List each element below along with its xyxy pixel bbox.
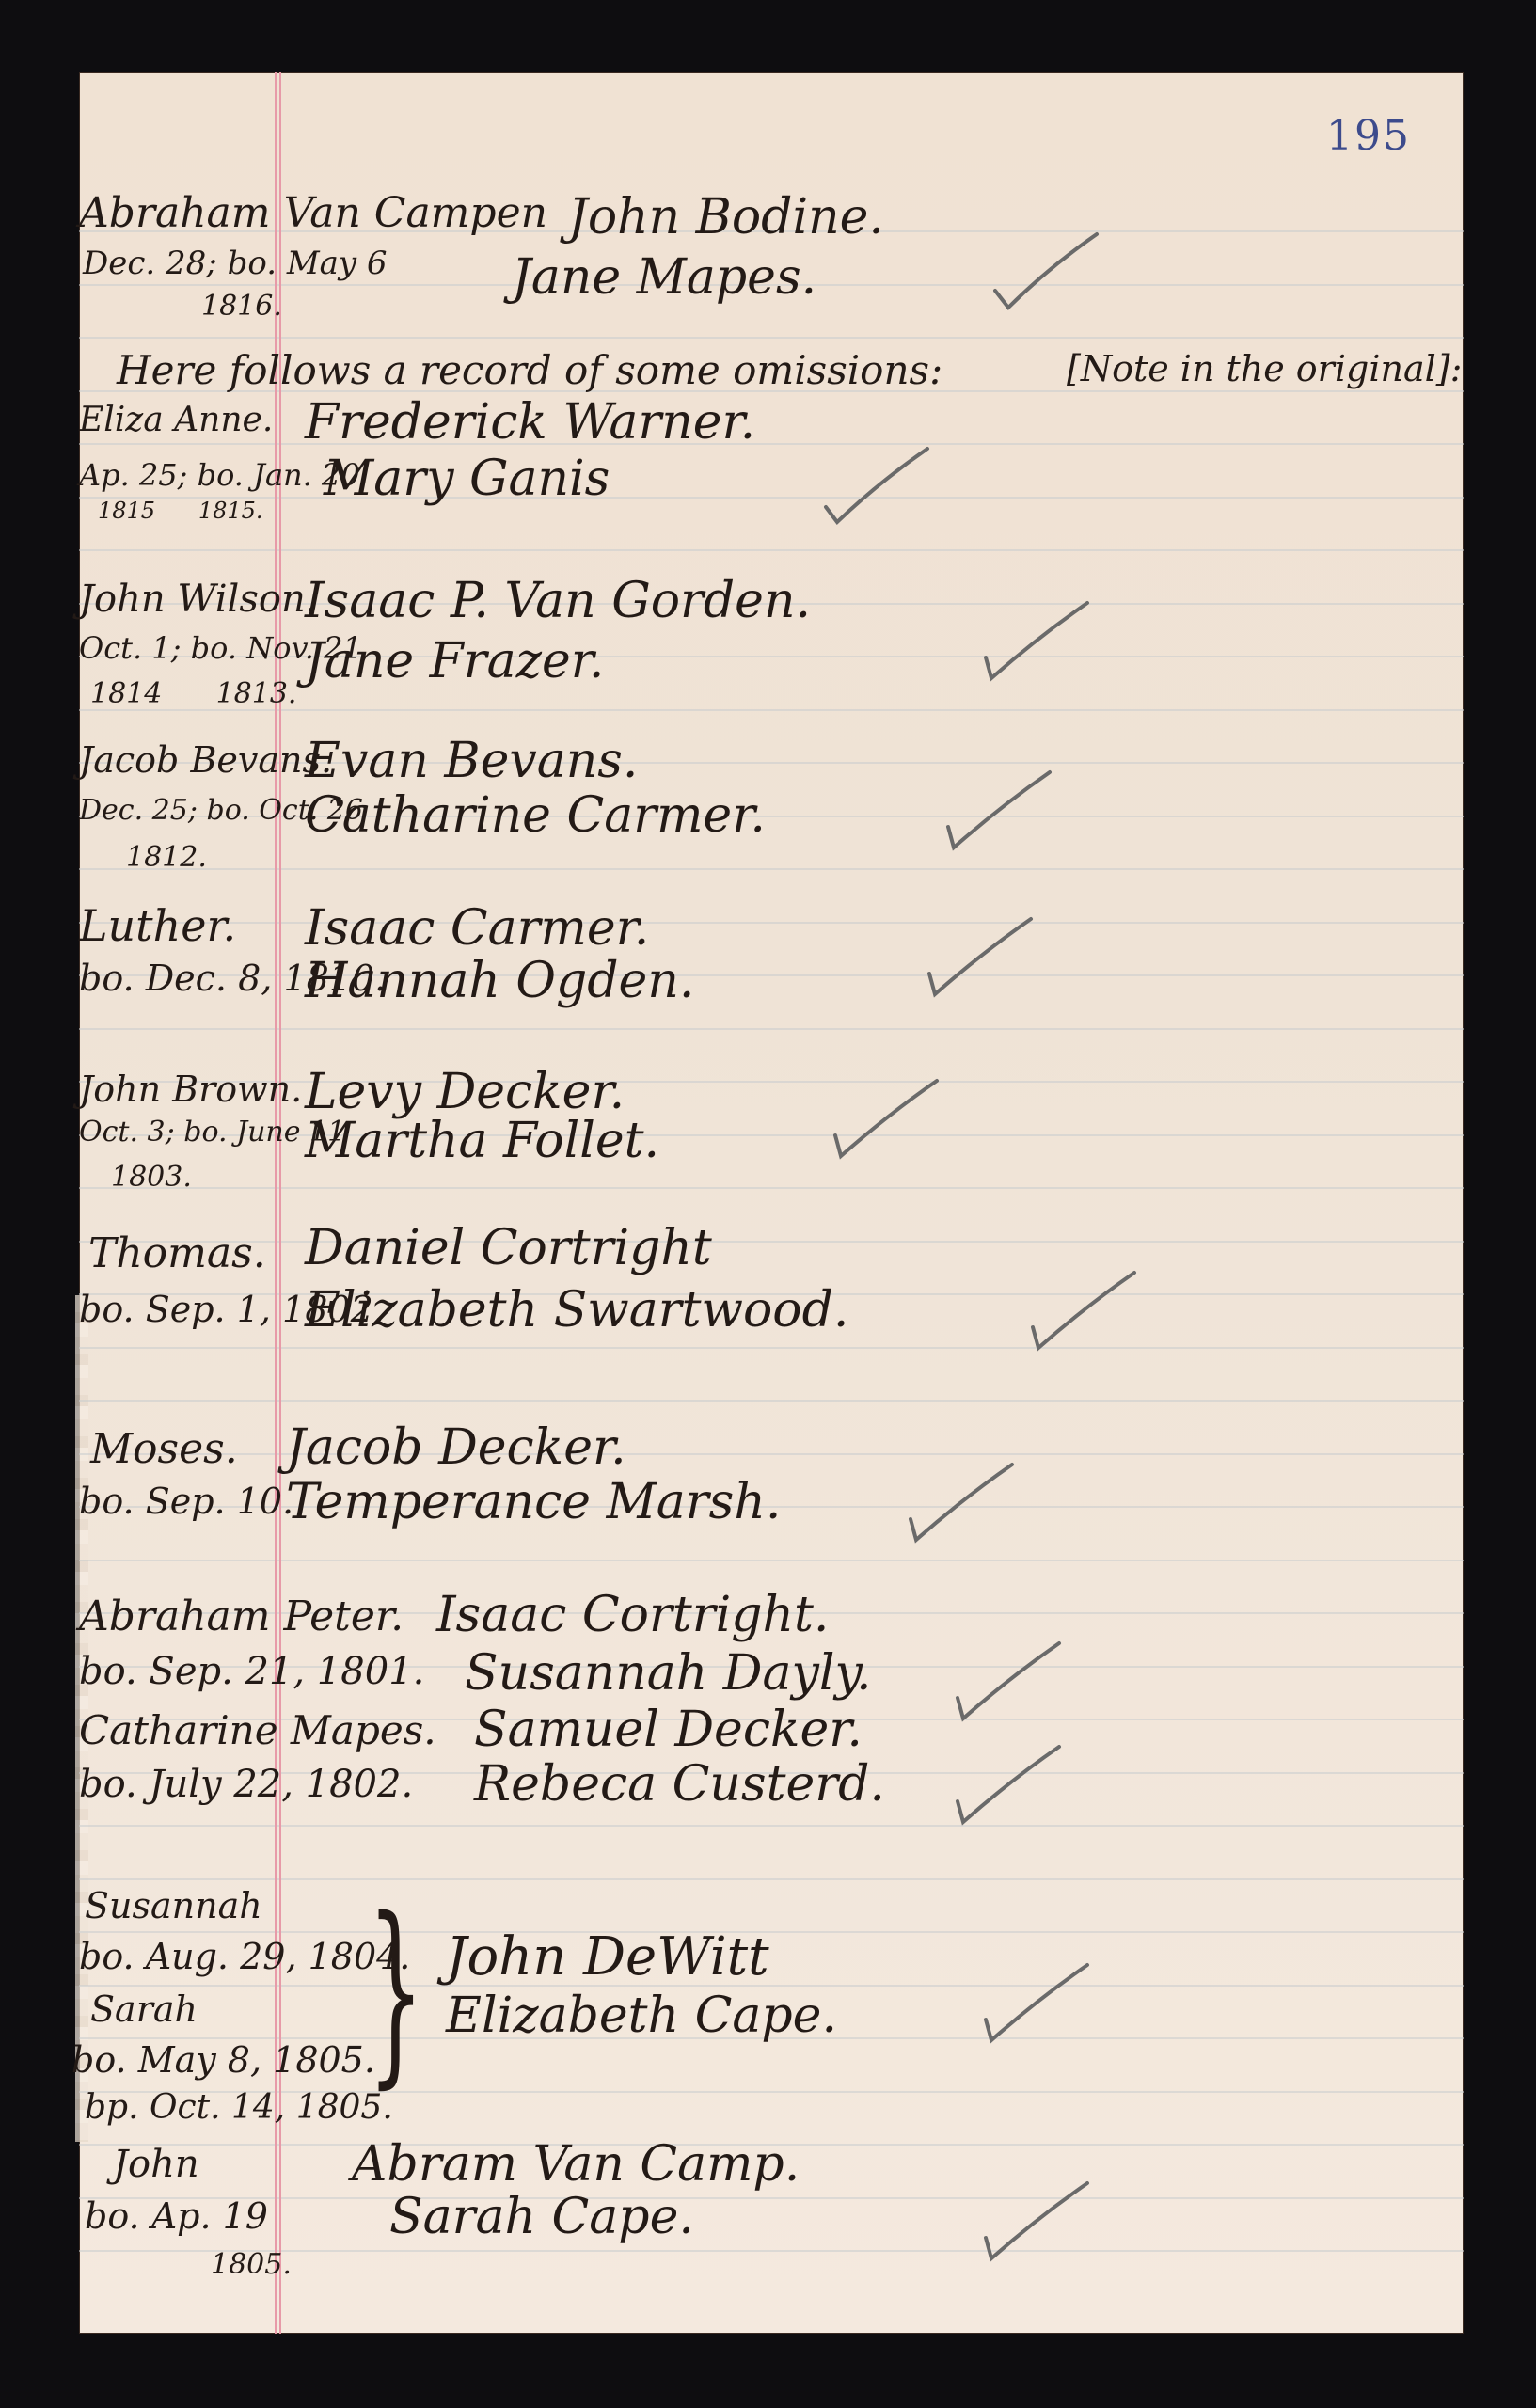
check-mark-icon	[954, 1743, 1067, 1828]
check-mark-icon	[954, 1640, 1067, 1724]
child-name: Sarah	[90, 1991, 198, 2027]
dates: Ap. 25; bo. Jan. 20	[79, 460, 360, 490]
margin-line	[279, 72, 281, 2334]
check-mark-icon	[982, 1961, 1095, 2046]
dates: bo. Sep. 21, 1801.	[79, 1653, 424, 1690]
father-name: Isaac P. Van Gorden.	[305, 577, 811, 626]
note-text: Here follows a record of some omissions:	[117, 351, 942, 390]
mother-name: Sarah Cape.	[389, 2193, 694, 2242]
mother-name: Martha Follet.	[305, 1117, 659, 1165]
dates-year: 1805.	[211, 2251, 292, 2279]
child-name: Eliza Anne.	[79, 404, 273, 437]
note-bracket: [Note in the original]:	[1067, 351, 1462, 387]
child-name: Catharine Mapes.	[79, 1711, 436, 1751]
dates: bo. Aug. 29, 1804.	[79, 1939, 410, 1974]
father-name: Jacob Decker.	[286, 1423, 626, 1472]
check-mark-icon	[982, 2179, 1095, 2264]
check-mark-icon	[831, 1077, 944, 1162]
check-mark-icon	[991, 230, 1104, 315]
child-name: John	[113, 2146, 199, 2183]
mother-name: Rebeca Custerd.	[474, 1760, 885, 1809]
child-name: John Brown.	[79, 1071, 302, 1107]
child-name: Luther.	[79, 904, 236, 947]
child-name: Jacob Bevans.	[79, 742, 332, 778]
child-name: Moses.	[90, 1429, 238, 1470]
father-name: Daniel Cortright	[305, 1224, 712, 1273]
mother-name: Jane Mapes.	[512, 253, 816, 302]
margin-line	[275, 72, 277, 2334]
mother-name: Susannah Dayly.	[465, 1649, 872, 1698]
ledger-page: 195 Abraham Van Campen John Bodine. Dec.…	[79, 72, 1464, 2334]
mother-name: Temperance Marsh.	[286, 1478, 781, 1527]
father-name: John Bodine.	[568, 193, 884, 242]
dates-year: 1815 1815.	[98, 499, 263, 522]
dates-year: 1816.	[201, 293, 282, 321]
mother-name: Jane Frazer.	[305, 637, 604, 686]
child-name: Susannah	[85, 1888, 262, 1924]
child-name: Abraham Peter.	[79, 1596, 404, 1638]
check-mark-icon	[982, 599, 1095, 684]
child-name: John Wilson.	[79, 580, 317, 618]
mother-name: Catharine Carmer.	[305, 791, 766, 840]
page-number: 195	[1326, 112, 1411, 160]
father-name: John DeWitt	[446, 1931, 769, 1984]
check-mark-icon	[944, 768, 1057, 853]
check-mark-icon	[1029, 1269, 1142, 1354]
father-name: Evan Bevans.	[305, 737, 638, 785]
dates: Dec. 28; bo. May 6	[83, 247, 388, 279]
father-name: Isaac Carmer.	[305, 904, 649, 953]
check-mark-icon	[907, 1461, 1020, 1545]
dates: bo. July 22, 1802.	[79, 1766, 413, 1803]
brace: }	[368, 1893, 424, 2090]
father-name: Levy Decker.	[305, 1068, 625, 1117]
father-name: Abram Van Camp.	[352, 2140, 800, 2189]
dates-year: 1803.	[111, 1164, 192, 1192]
dates: bo. Sep. 10.	[79, 1483, 293, 1519]
father-name: Isaac Cortright.	[436, 1591, 829, 1640]
dates-year: 1812.	[126, 844, 207, 872]
check-mark-icon	[926, 915, 1038, 1000]
father-name: Samuel Decker.	[474, 1705, 863, 1754]
check-mark-icon	[822, 445, 935, 530]
dates: bo. May 8, 1805.	[71, 2042, 375, 2078]
mother-name: Hannah Ogden.	[305, 957, 694, 1006]
baptism-note: bp. Oct. 14, 1805.	[85, 2091, 393, 2125]
mother-name: Mary Ganis	[324, 454, 610, 503]
child-name: Abraham Van Campen	[79, 193, 547, 234]
child-name: Thomas.	[88, 1233, 266, 1275]
dates: bo. Ap. 19	[85, 2198, 268, 2234]
father-name: Frederick Warner.	[305, 398, 755, 447]
dates-year: 1814 1813.	[90, 680, 296, 708]
mother-name: Elizabeth Cape.	[446, 1991, 837, 2040]
mother-name: Elizabeth Swartwood.	[305, 1286, 848, 1335]
